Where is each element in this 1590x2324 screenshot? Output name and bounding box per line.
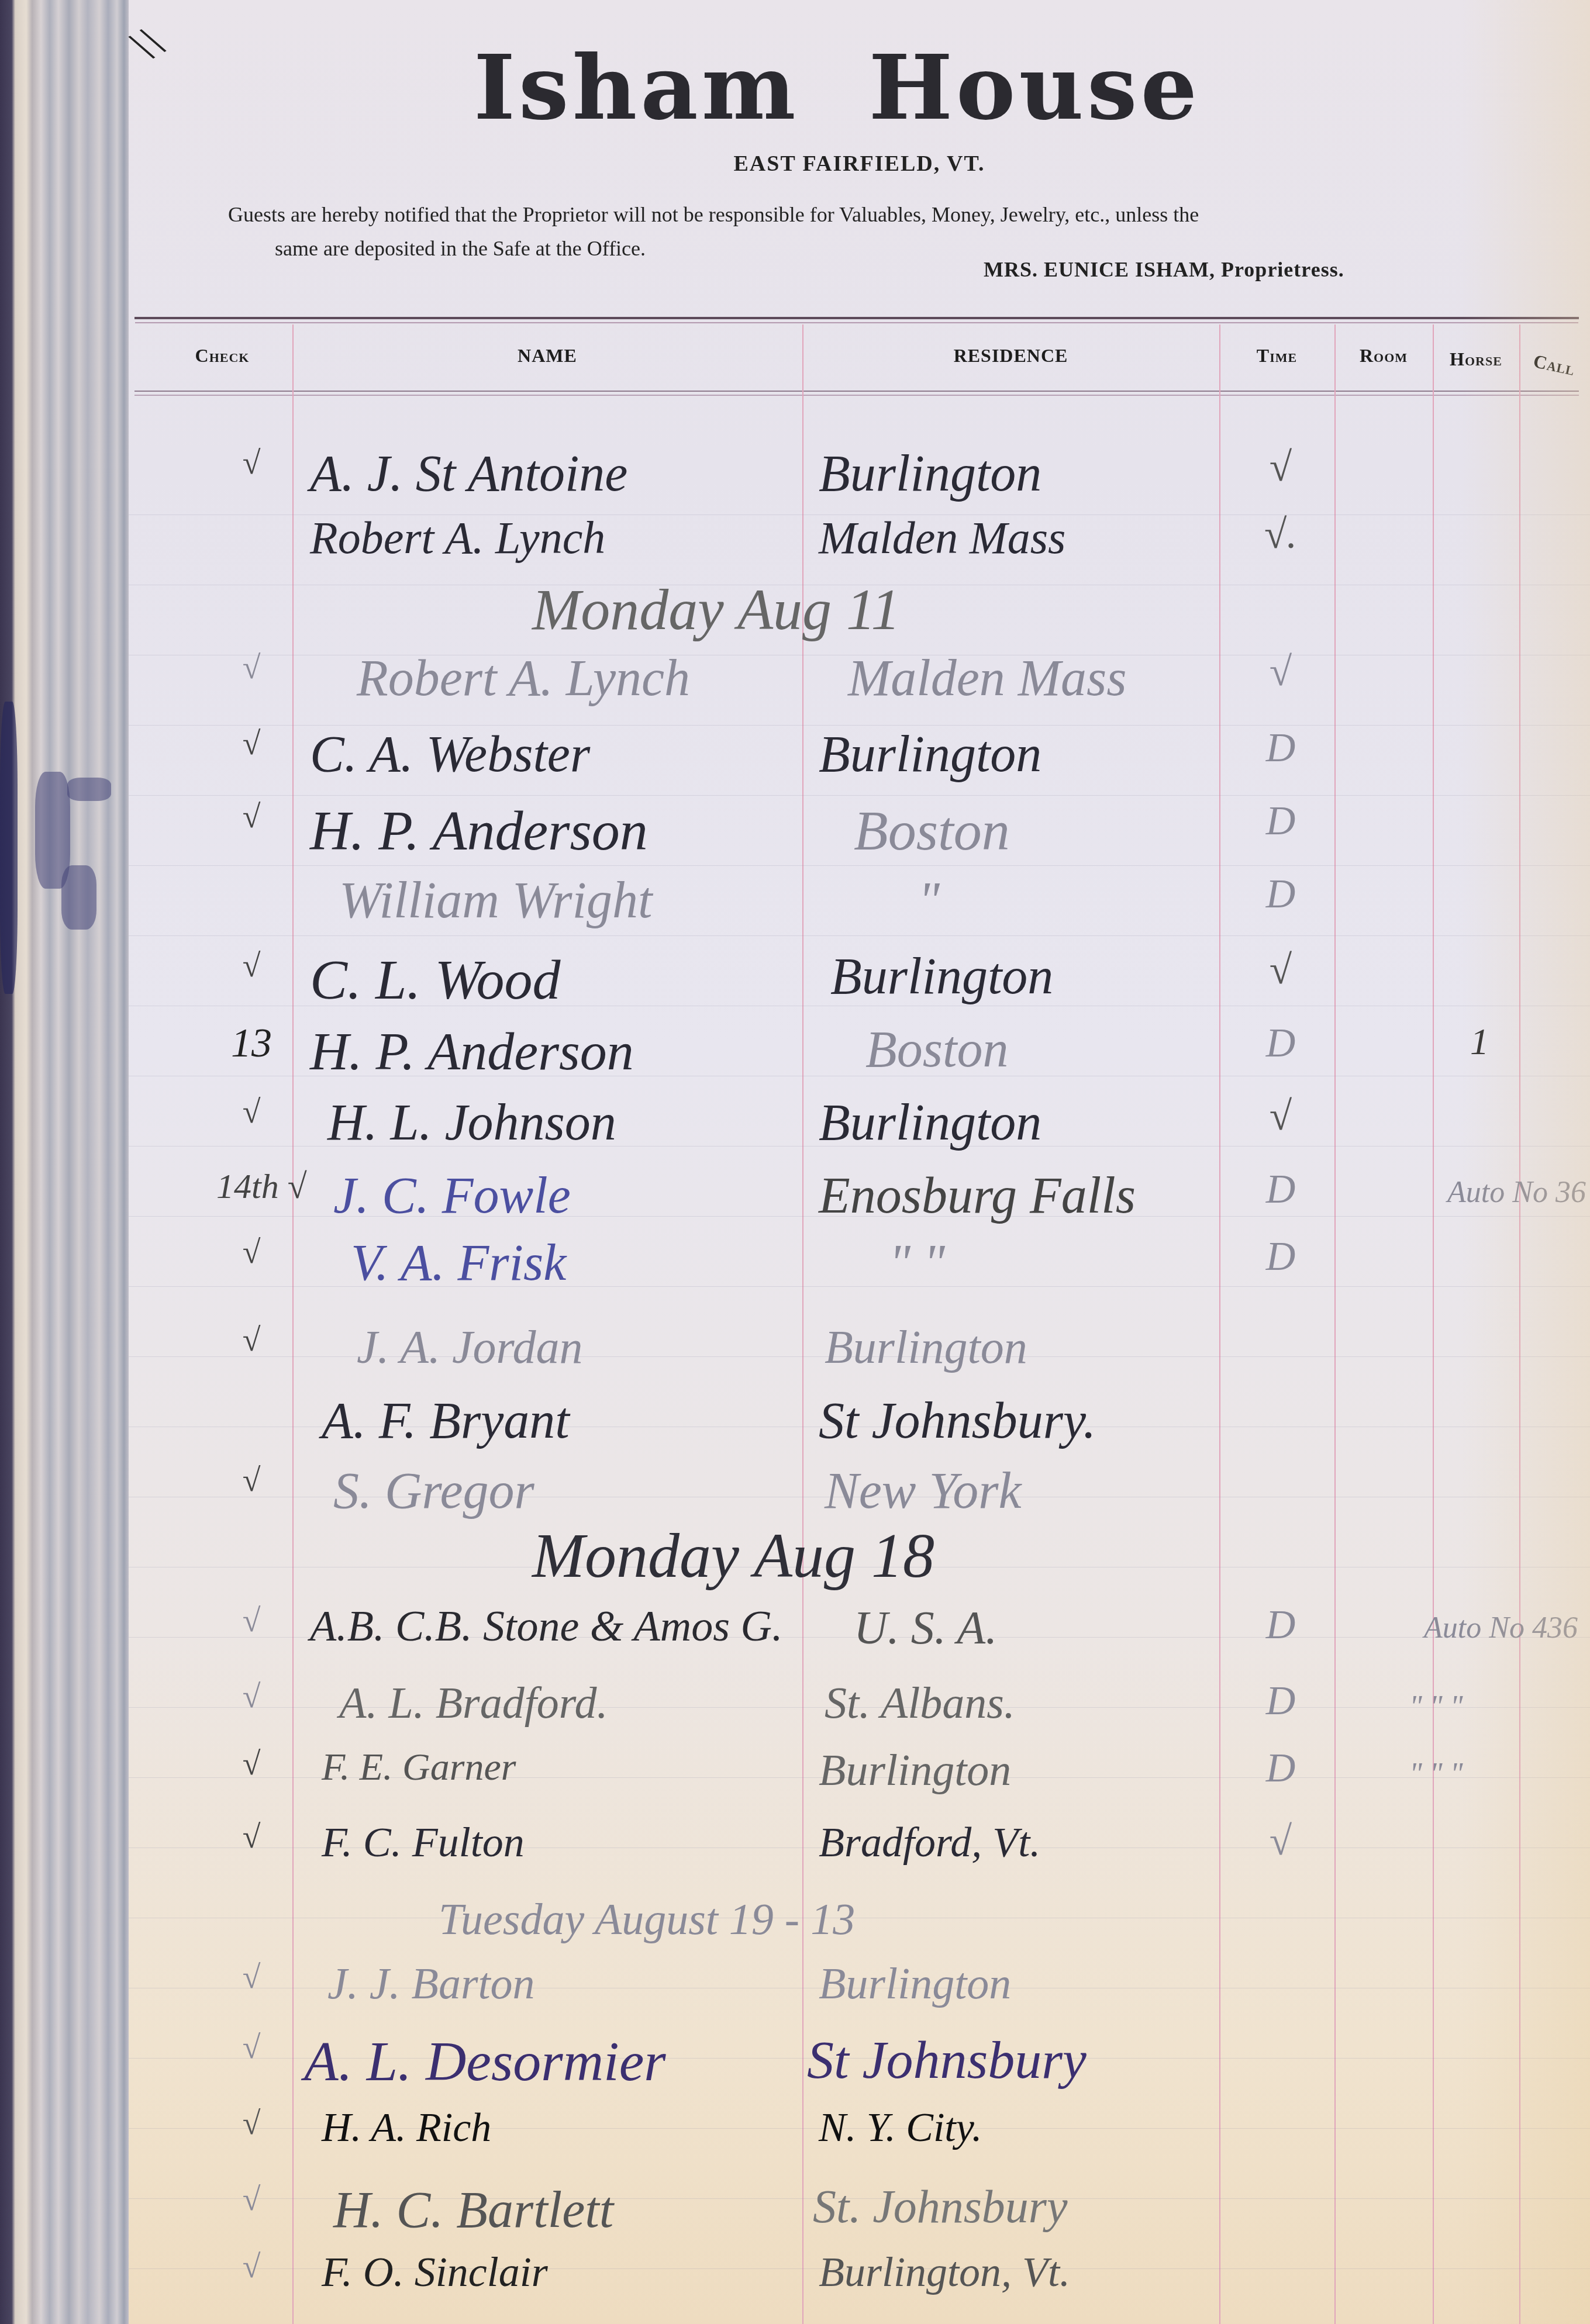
check-mark: √: [216, 444, 287, 482]
check-mark: √: [216, 1818, 287, 1856]
check-mark: 14th √: [216, 1166, 287, 1207]
time-mark: √: [1234, 947, 1327, 994]
register-entry: √ F. C. Fulton Bradford, Vt. √: [129, 1818, 1590, 1888]
guest-name: V. A. Frisk: [351, 1234, 566, 1293]
guest-residence: St. Albans.: [825, 1678, 1015, 1729]
check-mark: √: [216, 1321, 287, 1359]
check-mark: √: [216, 2029, 287, 2066]
column-header-time: Time: [1219, 345, 1334, 367]
time-mark: D: [1234, 1166, 1327, 1213]
guest-residence: New York: [825, 1462, 1022, 1521]
guest-name: A. J. St Antoine: [310, 444, 627, 503]
register-entry: √ H. L. Johnson Burlington √: [129, 1093, 1590, 1163]
check-mark: √: [216, 1093, 287, 1131]
guest-name: J. C. Fowle: [333, 1166, 571, 1225]
check-mark: √: [216, 947, 287, 985]
time-mark: D: [1234, 1234, 1327, 1280]
guest-residence: Burlington: [825, 1321, 1027, 1375]
time-mark: D: [1234, 798, 1327, 845]
guest-residence: " ": [889, 1234, 945, 1293]
check-mark: √: [216, 1462, 287, 1499]
guest-name: A.B. C.B. Stone & Amos G.: [310, 1602, 782, 1652]
column-header-room: Room: [1334, 345, 1433, 367]
guest-residence: St Johnsbury.: [819, 1391, 1096, 1451]
check-mark: √: [216, 2248, 287, 2285]
check-mark: √: [216, 2181, 287, 2218]
time-mark: D: [1234, 1678, 1327, 1725]
guest-name: Robert A. Lynch: [310, 512, 605, 564]
guest-name: C. L. Wood: [310, 947, 561, 1012]
ledger-line: [129, 795, 1590, 796]
register-entry: √ F. E. Garner Burlington D " " ": [129, 1745, 1590, 1815]
guest-name: H. P. Anderson: [310, 798, 648, 863]
register-page: \\ Isham House EAST FAIRFIELD, VT. Guest…: [129, 0, 1590, 2324]
time-mark: D: [1234, 1602, 1327, 1649]
check-mark: √: [216, 725, 287, 762]
ink-stain: [61, 865, 96, 930]
header-bottom-rule: [134, 391, 1579, 392]
date-heading: Monday Aug 18: [532, 1520, 934, 1593]
register-entry: √ V. A. Frisk " " D: [129, 1234, 1590, 1304]
guest-residence: Bradford, Vt.: [819, 1818, 1040, 1867]
register-entry: √ A. L. Desormier St Johnsbury: [129, 2029, 1590, 2099]
ink-stain: [0, 702, 18, 994]
notice-line-1: Guests are hereby notified that the Prop…: [228, 198, 1550, 232]
register-entry: √ H. C. Bartlett St. Johnsbury: [129, 2181, 1590, 2251]
notice-line-2: same are deposited in the Safe at the Of…: [228, 232, 1550, 265]
guest-residence: Burlington: [830, 947, 1053, 1006]
corner-mark: \\: [123, 15, 172, 74]
guest-residence: Malden Mass: [848, 649, 1127, 708]
guest-name: A. L. Desormier: [304, 2029, 666, 2094]
header-top-rule: [134, 317, 1579, 319]
guest-name: H. P. Anderson: [310, 1020, 634, 1082]
book-page-edges: [0, 0, 134, 2324]
time-mark: D: [1234, 1745, 1327, 1792]
guest-name: H. A. Rich: [322, 2105, 491, 2152]
register-entry: √ A.B. C.B. Stone & Amos G. U. S. A. D A…: [129, 1602, 1590, 1672]
column-header-residence: RESIDENCE: [802, 345, 1219, 367]
register-entry: √ A. L. Bradford. St. Albans. D " " ": [129, 1678, 1590, 1748]
time-mark: √: [1234, 1818, 1327, 1865]
column-header-horse: Horse: [1433, 348, 1519, 370]
register-entry: √ C. L. Wood Burlington √: [129, 947, 1590, 1017]
guest-name: William Wright: [339, 871, 652, 930]
hotel-location: EAST FAIRFIELD, VT.: [129, 151, 1590, 177]
guest-name: J. J. Barton: [327, 1959, 535, 2009]
date-heading: Tuesday August 19 - 13: [439, 1894, 855, 1945]
auto-number-note: Auto No 36: [1447, 1175, 1586, 1210]
column-header-check: Check: [170, 345, 275, 367]
register-entry: A. F. Bryant St Johnsbury.: [129, 1391, 1590, 1462]
guest-name: H. C. Bartlett: [333, 2181, 613, 2240]
check-mark: √: [216, 1602, 287, 1639]
guest-residence: N. Y. City.: [819, 2105, 982, 2152]
auto-number-note: Auto No 436: [1424, 1611, 1578, 1645]
register-entry: Robert A. Lynch Malden Mass √.: [129, 512, 1590, 582]
guest-residence: Burlington: [819, 1959, 1011, 2009]
check-mark: √: [216, 1678, 287, 1715]
register-entry: √ J. A. Jordan Burlington: [129, 1321, 1590, 1391]
time-mark: D: [1234, 725, 1327, 772]
guest-name: F. C. Fulton: [322, 1818, 525, 1867]
guest-residence: Enosburg Falls: [819, 1166, 1136, 1225]
register-entry: √ F. O. Sinclair Burlington, Vt.: [129, 2248, 1590, 2318]
guest-name: S. Gregor: [333, 1462, 534, 1521]
guest-name: F. E. Garner: [322, 1745, 516, 1790]
register-entry: √ C. A. Webster Burlington D: [129, 725, 1590, 795]
guest-residence: ": [918, 871, 940, 930]
time-mark: √: [1234, 444, 1327, 491]
guest-residence: Burlington: [819, 1745, 1011, 1796]
guest-name: J. A. Jordan: [357, 1321, 583, 1375]
check-mark: 13: [216, 1020, 287, 1067]
check-mark: √: [216, 1234, 287, 1271]
guest-residence: Malden Mass: [819, 512, 1065, 564]
guest-residence: Burlington: [819, 1093, 1041, 1152]
guest-name: A. F. Bryant: [322, 1391, 570, 1451]
check-mark: √: [216, 1959, 287, 1996]
time-mark: √: [1234, 1093, 1327, 1140]
register-entry: William Wright " D: [129, 871, 1590, 941]
guest-name: F. O. Sinclair: [322, 2248, 548, 2297]
register-entry: 13 H. P. Anderson Boston D 1: [129, 1020, 1590, 1090]
page-title: Isham House: [474, 35, 1201, 140]
time-mark: √.: [1234, 512, 1327, 558]
guest-residence: Burlington: [819, 444, 1041, 503]
check-mark: √: [216, 2105, 287, 2142]
register-entry: √ A. J. St Antoine Burlington √: [129, 444, 1590, 514]
column-header-call: Call: [1517, 347, 1590, 383]
check-mark: √: [216, 649, 287, 686]
guest-residence: Boston: [865, 1020, 1008, 1079]
guest-residence: St Johnsbury: [807, 2029, 1087, 2091]
date-heading: Monday Aug 11: [532, 576, 901, 643]
check-mark: √: [216, 798, 287, 835]
register-entry: √ H. A. Rich N. Y. City.: [129, 2105, 1590, 2175]
ledger-line: [129, 1918, 1590, 1918]
register-entry: 14th √ J. C. Fowle Enosburg Falls D Auto…: [129, 1166, 1590, 1237]
guest-residence: U. S. A.: [854, 1602, 997, 1655]
guest-residence: Burlington, Vt.: [819, 2248, 1070, 2297]
column-header-name: NAME: [292, 345, 802, 367]
time-mark: D: [1234, 1020, 1327, 1067]
ditto-marks: " " ": [1409, 1690, 1463, 1724]
ditto-marks: " " ": [1409, 1757, 1463, 1791]
guest-residence: Boston: [854, 798, 1010, 863]
time-mark: √: [1234, 649, 1327, 696]
register-entry: √ Robert A. Lynch Malden Mass √: [129, 649, 1590, 719]
ink-stain: [67, 778, 111, 801]
guest-name: A. L. Bradford.: [339, 1678, 608, 1729]
check-mark: √: [216, 1745, 287, 1783]
liability-notice: Guests are hereby notified that the Prop…: [228, 198, 1550, 265]
register-entry: √ J. J. Barton Burlington: [129, 1959, 1590, 2029]
register-entry: √ H. P. Anderson Boston D: [129, 798, 1590, 868]
guest-name: Robert A. Lynch: [357, 649, 690, 708]
guest-name: C. A. Webster: [310, 725, 590, 784]
proprietor: MRS. EUNICE ISHAM, Proprietress.: [984, 257, 1344, 282]
guest-residence: St. Johnsbury: [813, 2181, 1068, 2234]
horse-number: 1: [1439, 1020, 1520, 1063]
time-mark: D: [1234, 871, 1327, 918]
guest-name: H. L. Johnson: [327, 1093, 616, 1152]
guest-residence: Burlington: [819, 725, 1041, 784]
